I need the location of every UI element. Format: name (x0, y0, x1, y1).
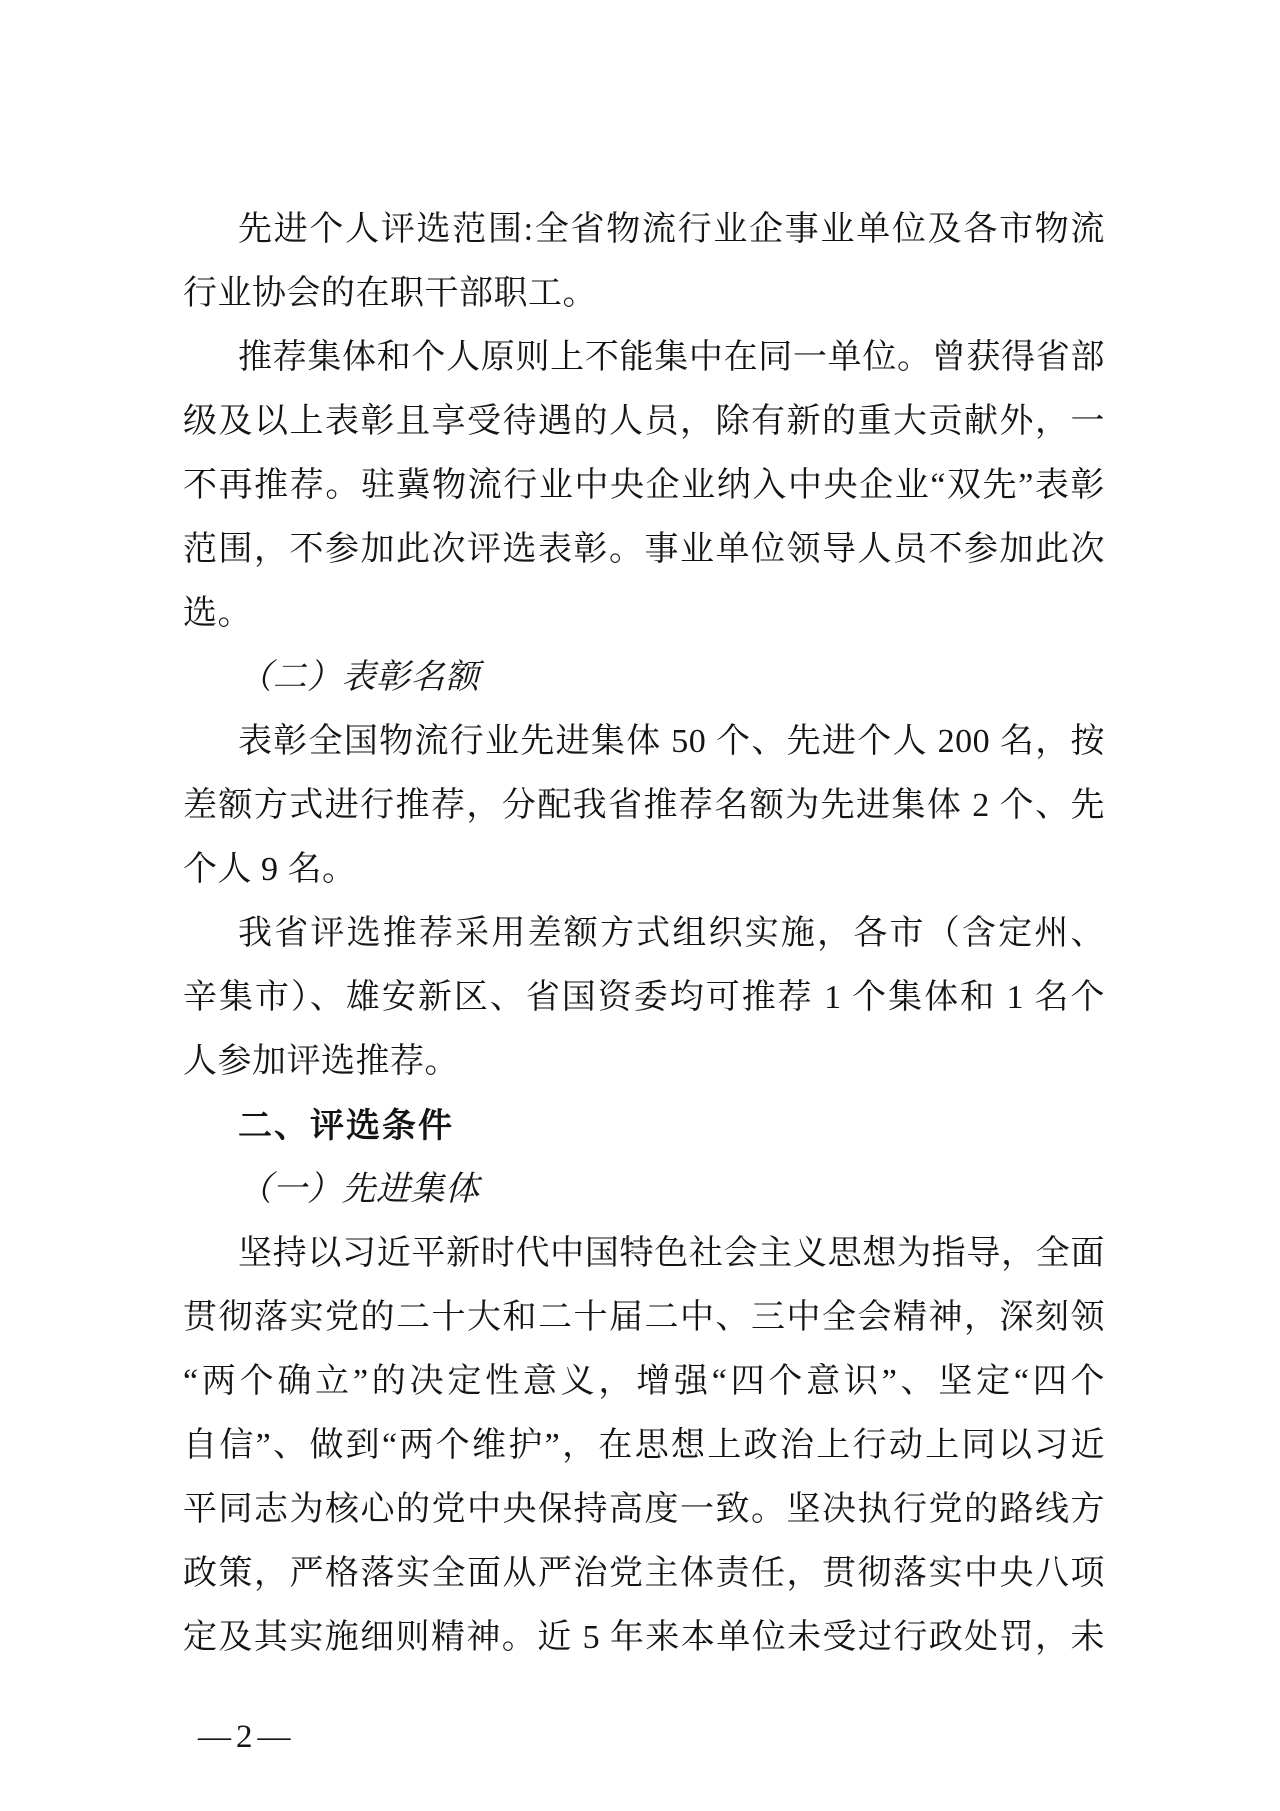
text-line: 贯彻落实党的二十大和二十届二中、三中全会精神，深刻领悟 (183, 1286, 1105, 1350)
text-line: 人参加评选推荐。 (183, 1030, 1105, 1094)
text-line: 政策，严格落实全面从严治党主体责任，贯彻落实中央八项规 (183, 1542, 1105, 1606)
text-line: 坚持以习近平新时代中国特色社会主义思想为指导，全面 (183, 1222, 1105, 1286)
text-line: 行业协会的在职干部职工。 (183, 262, 1105, 326)
text-line: （一）先进集体 (183, 1158, 1105, 1222)
text-line: 定及其实施细则精神。近 5 年来本单位未受过行政处罚，未发 (183, 1606, 1105, 1670)
text-line: 个人 9 名。 (183, 838, 1105, 902)
text-line: 辛集市）、雄安新区、省国资委均可推荐 1 个集体和 1 名个 (183, 966, 1105, 1030)
text-line: “两个确立”的决定性意义，增强“四个意识”、坚定“四个 (183, 1350, 1105, 1414)
document-page: 先进个人评选范围:全省物流行业企事业单位及各市物流行业协会的在职干部职工。推荐集… (0, 0, 1280, 1811)
text-line: 我省评选推荐采用差额方式组织实施，各市（含定州、 (183, 902, 1105, 966)
document-body: 先进个人评选范围:全省物流行业企事业单位及各市物流行业协会的在职干部职工。推荐集… (183, 198, 1105, 1670)
text-line: 二、评选条件 (183, 1094, 1105, 1158)
text-line: 先进个人评选范围:全省物流行业企事业单位及各市物流 (183, 198, 1105, 262)
text-line: 自信”、做到“两个维护”，在思想上政治上行动上同以习近 (183, 1414, 1105, 1478)
text-line: 不再推荐。驻冀物流行业中央企业纳入中央企业“双先”表彰 (183, 454, 1105, 518)
page-number: —2— (198, 1712, 296, 1762)
text-line: 范围，不参加此次评选表彰。事业单位领导人员不参加此次评 (183, 518, 1105, 582)
text-line: 推荐集体和个人原则上不能集中在同一单位。曾获得省部 (183, 326, 1105, 390)
text-line: 表彰全国物流行业先进集体 50 个、先进个人 200 名，按 (183, 710, 1105, 774)
text-line: 差额方式进行推荐，分配我省推荐名额为先进集体 2 个、先进 (183, 774, 1105, 838)
text-line: 平同志为核心的党中央保持高度一致。坚决执行党的路线方针 (183, 1478, 1105, 1542)
text-line: 选。 (183, 582, 1105, 646)
text-line: 级及以上表彰且享受待遇的人员，除有新的重大贡献外，一般 (183, 390, 1105, 454)
text-line: （二）表彰名额 (183, 646, 1105, 710)
